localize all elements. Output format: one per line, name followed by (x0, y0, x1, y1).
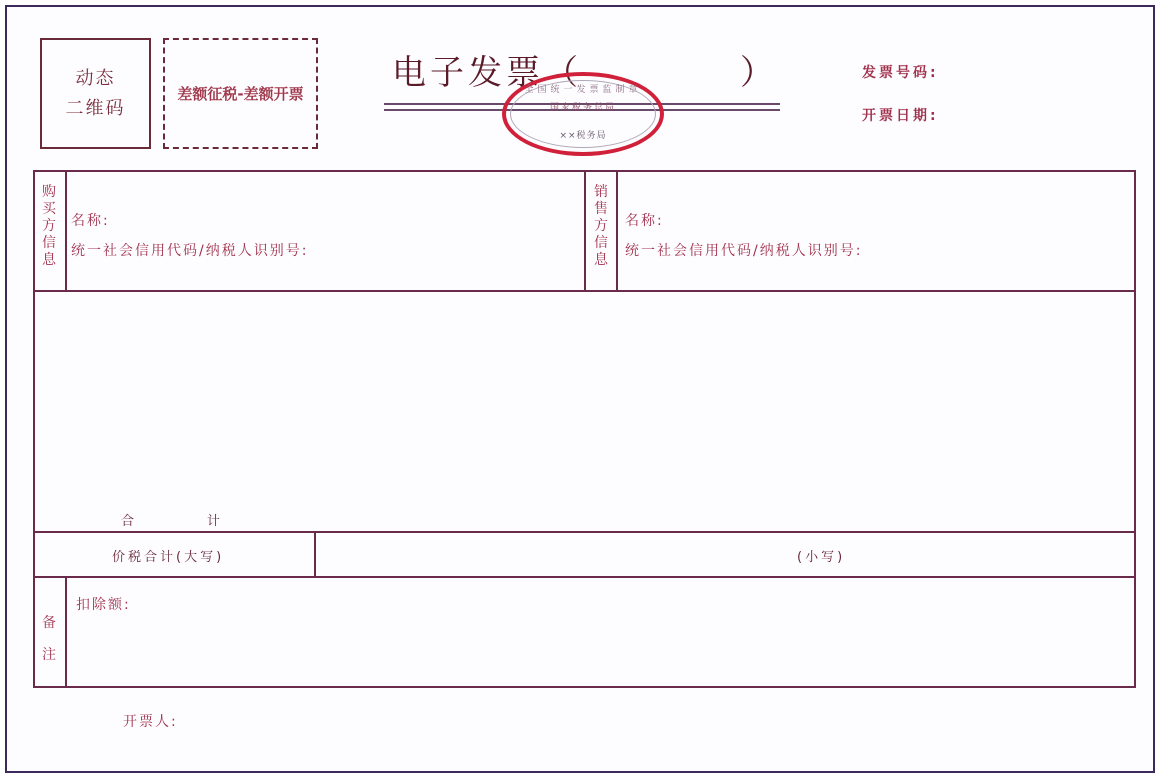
table-bottom-border (33, 686, 1136, 688)
amount-lowercase-label: (小写) (797, 546, 845, 565)
seller-name-label: 名称: (625, 210, 664, 230)
invoice-title-paren: ） (740, 45, 774, 94)
seller-section-label: 销 售 方 信 息 (586, 184, 616, 269)
stamp-top-text: 全国统一发票监制章 (520, 82, 646, 95)
buyer-section-label: 购 买 方 信 息 (34, 184, 64, 269)
qr-label-line2: 二维码 (66, 94, 126, 124)
remarks-label-divider (65, 576, 67, 687)
invoice-supervision-stamp-icon: 全国统一发票监制章 国家税务总局 ××税务局 (502, 72, 664, 156)
buyer-name-label: 名称: (71, 210, 110, 230)
stamp-middle-text: 国家税务总局 (526, 100, 640, 113)
remarks-section-label: 备 注 (34, 607, 64, 671)
qr-label-line1: 动态 (76, 64, 116, 94)
amount-row-bottom (33, 576, 1136, 578)
total-label-he: 合 (121, 510, 137, 529)
buyer-tax-id-label: 统一社会信用代码/纳税人识别号: (71, 240, 308, 260)
amount-divider (314, 531, 316, 577)
deduction-amount-label: 扣除额: (76, 594, 131, 614)
total-label-ji: 计 (207, 510, 223, 529)
issue-date-label: 开票日期: (862, 105, 939, 125)
party-section-bottom (33, 290, 1136, 292)
seller-label-divider (616, 170, 618, 291)
invoice-type-badge: 差额征税-差额开票 (163, 38, 318, 149)
dynamic-qr-code-placeholder: 动态 二维码 (40, 38, 151, 149)
issuer-label: 开票人: (123, 711, 178, 731)
amount-uppercase-label: 价税合计(大写) (112, 546, 224, 565)
totals-row-top (33, 531, 1136, 533)
table-right-border (1134, 170, 1136, 687)
buyer-label-divider (65, 170, 67, 291)
stamp-bottom-text: ××税务局 (506, 128, 660, 141)
seller-tax-id-label: 统一社会信用代码/纳税人识别号: (625, 240, 862, 260)
invoice-number-label: 发票号码: (862, 62, 939, 82)
invoice-type-text: 差额征税-差额开票 (177, 84, 303, 104)
